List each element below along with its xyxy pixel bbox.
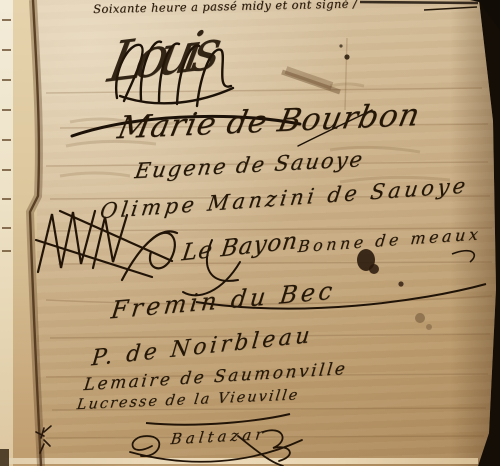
bottom-table-line xyxy=(5,458,478,464)
folded-page-edge xyxy=(13,0,37,466)
binding-strip xyxy=(0,0,13,466)
manuscript-photo: Soixante heure a passé midy et ont signé… xyxy=(0,0,500,466)
